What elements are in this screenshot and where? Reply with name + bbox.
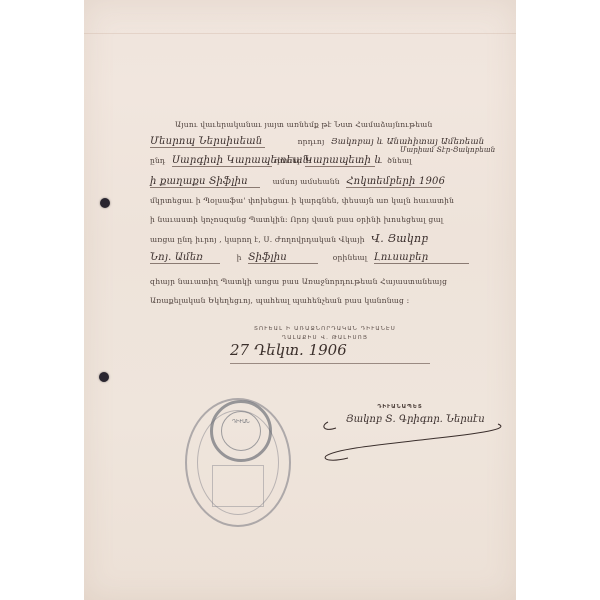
birth-place: ի քաղաքս Տիֆլիս <box>150 176 260 188</box>
groom-name: Մեսրոպ Ներսիսեան <box>150 136 265 148</box>
line-2-printed-0: ընդ <box>150 156 165 165</box>
line-7: Նոյ. Ամեռ ի Տիֆլիս օրինեալ Լուսաբեր <box>150 252 490 270</box>
line-4-text: մկրտեցաւ ի Պօլսաֆա' փոխեցաւ ի կարգնեն, փ… <box>150 196 454 205</box>
seal-emblem-icon <box>212 465 264 507</box>
intro-text: Այսու վաւերականաւ յայտ առնեմք թէ Նստ Համ… <box>175 120 432 129</box>
line-2-printed-2: ծնեալ <box>387 156 412 165</box>
line-8-text: զհայր նաւատիղ Պատկի առցա բաս Առաջնորդութ… <box>150 277 447 286</box>
line-6: առցա ընդ իւրոյ , կարող է, Ս. Ժողովրդական… <box>150 232 490 250</box>
punch-hole-bottom <box>99 372 109 382</box>
stamp-text: ԴԻՒԱՆ <box>221 411 261 451</box>
issuing-office-heading: ՏՈՒԵԱԼ Ի ԱՌԱՋՆՈՐԴԱԿԱՆ ԴԻՒԱՆԷՍ <box>150 326 500 332</box>
line-9-text: Առաքելական Եկեղեցւոյ, պահեալ պահենչեան բ… <box>150 296 409 305</box>
birth-date: Հոկտեմբերի 1906 <box>346 176 441 188</box>
line-3-printed: ամսոյ ամսեանն <box>273 177 340 186</box>
officiant-name: Լուսաբեր <box>374 252 469 264</box>
punch-hole-top <box>100 198 110 208</box>
ceremony-place: Տիֆլիս <box>248 252 318 264</box>
line-2-printed-1: դստեր <box>275 156 303 165</box>
line-4: մկրտեցաւ ի Պօլսաֆա' փոխեցաւ ի կարգնեն, փ… <box>150 196 490 214</box>
bride-father: Կարապետի և <box>305 155 375 167</box>
line-6-text: առցա ընդ իւրոյ , կարող է, Ս. Ժողովրդական… <box>150 235 365 244</box>
line-5-text: ի նաւաստի կոչոսզանց Պատկին: Որոյ վասն բա… <box>150 215 443 224</box>
line-9: Առաքելական Եկեղեցւոյ, պահեալ պահենչեան բ… <box>150 296 490 314</box>
signature-flourish-icon <box>318 418 508 468</box>
line-7-printed-2: օրինեալ <box>333 253 367 262</box>
line-2: ընդ Սարգիսի Կարապետեան դստեր Կարապետի և … <box>150 155 490 173</box>
ceremony-date: Նոյ. Ամեռ <box>150 252 220 264</box>
issue-date: 27 Դեկտ. 1906 <box>230 341 430 364</box>
paper-fold <box>84 33 516 34</box>
line-1-printed: որդւոյ <box>298 137 325 146</box>
line-8: զհայր նաւատիղ Պատկի առցա բաս Առաջնորդութ… <box>150 277 490 295</box>
line-5: ի նաւաստի կոչոսզանց Պատկին: Որոյ վասն բա… <box>150 215 490 233</box>
round-stamp: ԴԻՒԱՆ <box>210 400 272 462</box>
witness-name: Վ. Յակոբ <box>371 232 428 245</box>
line-3: ի քաղաքս Տիֆլիս ամսոյ ամսեանն Հոկտեմբերի… <box>150 176 490 194</box>
signature-title: ԴԻՒԱՆԱՊԵՏ <box>350 404 450 410</box>
bride-mother-note: Մարիամ Տէր-Յակոբեան <box>400 146 495 154</box>
line-7-printed-1: ի <box>237 253 242 262</box>
bride-name: Սարգիսի Կարապետեան <box>172 155 272 167</box>
